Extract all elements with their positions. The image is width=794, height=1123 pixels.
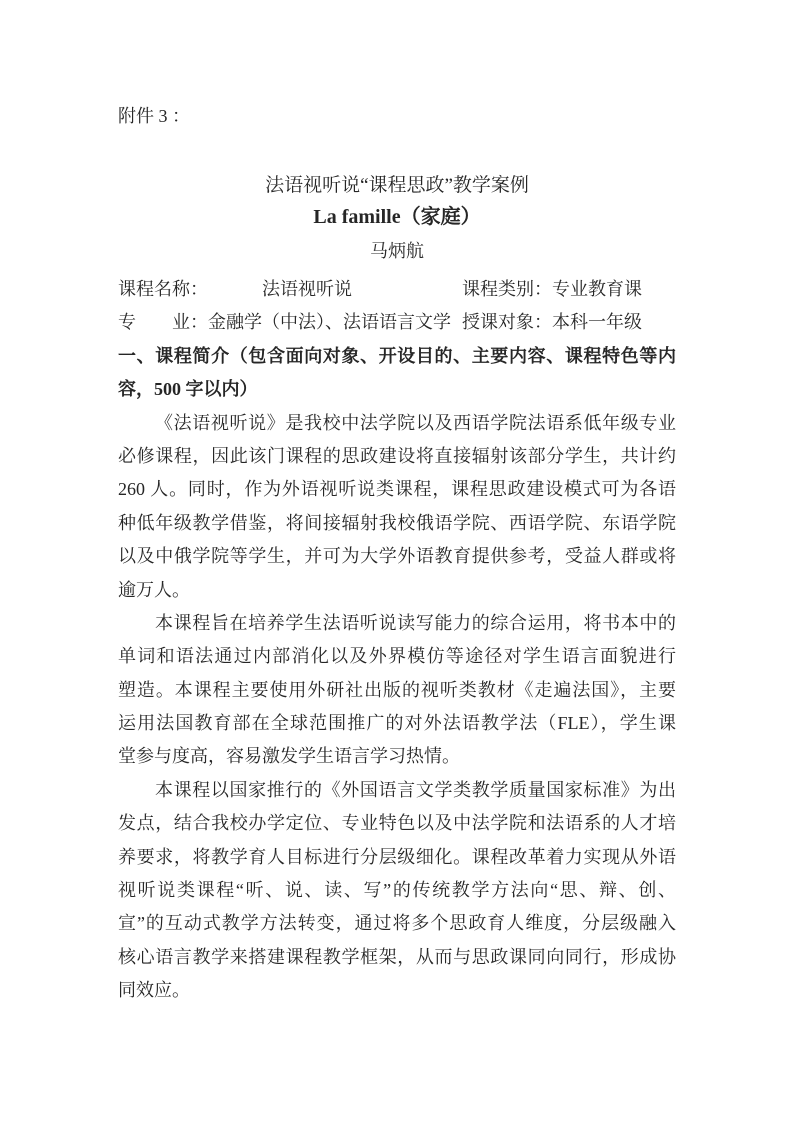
audience-value: 本科一年级 — [552, 312, 642, 332]
paragraph-line: 260 人。同时，作为外语视听说类课程，课程思政建设模式可为各语 — [118, 473, 676, 506]
author-name: 马炳航 — [118, 236, 676, 267]
major-value: 金融学（中法）、法语语言文学 — [208, 312, 451, 332]
section-heading: 一、课程简介（包含面向对象、开设目的、主要内容、课程特色等内容，500 字以内） — [118, 340, 676, 407]
doc-title: 法语视听说“课程思政”教学案例 — [118, 170, 676, 201]
audience: 授课对象：本科一年级 — [462, 306, 642, 339]
paragraph-line: 逾万人。 — [118, 574, 676, 607]
paragraph: 《法语视听说》是我校中法学院以及西语学院法语系低年级专业必修课程，因此该门课程的… — [118, 407, 676, 607]
paragraph-line: 核心语言教学来搭建课程教学框架，从而与思政课同向同行，形成协 — [118, 941, 676, 974]
paragraph-line: 养要求，将教学育人目标进行分层级细化。课程改革着力实现从外语 — [118, 841, 676, 874]
paragraph-line: 运用法国教育部在全球范围推广的对外法语教学法（FLE），学生课 — [118, 707, 676, 740]
paragraph-line: 发点，结合我校办学定位、专业特色以及中法学院和法语系的人才培 — [118, 807, 676, 840]
paragraph-line: 本课程以国家推行的《外国语言文学类教学质量国家标准》为出 — [118, 774, 676, 807]
paragraph-line: 以及中俄学院等学生，并可为大学外语教育提供参考，受益人群或将 — [118, 540, 676, 573]
attachment-label: 附件 3 ： — [118, 103, 676, 129]
course-type-value: 专业教育课 — [552, 279, 642, 299]
document-page: 附件 3 ： 法语视听说“课程思政”教学案例 La famille（家庭） 马炳… — [0, 0, 794, 1123]
course-info: 课程名称： 法语视听说 课程类别：专业教育课 专 业：金融学（中法）、法语语言文… — [118, 273, 676, 340]
major-row: 专 业：金融学（中法）、法语语言文学 授课对象：本科一年级 — [118, 306, 676, 339]
paragraph-line: 单词和语法通过内部消化以及外界模仿等途径对学生语言面貌进行 — [118, 640, 676, 673]
doc-subtitle: La famille（家庭） — [118, 202, 676, 233]
section-heading-line: 容，500 字以内） — [118, 373, 676, 406]
paragraph-line: 堂参与度高，容易激发学生语言学习热情。 — [118, 740, 676, 773]
paragraph-line: 同效应。 — [118, 974, 676, 1007]
course-name-row: 课程名称： 法语视听说 课程类别：专业教育课 — [118, 273, 676, 306]
major-label-first: 专 — [118, 306, 136, 339]
paragraph-line: 种低年级教学借鉴，将间接辐射我校俄语学院、西语学院、东语学院 — [118, 507, 676, 540]
major-label-and-value: 业：金融学（中法）、法语语言文学 — [172, 306, 451, 339]
section-body: 《法语视听说》是我校中法学院以及西语学院法语系低年级专业必修课程，因此该门课程的… — [118, 407, 676, 1008]
audience-label: 授课对象： — [462, 312, 552, 332]
paragraph-line: 宣”的互动式教学方法转变，通过将多个思政育人维度，分层级融入 — [118, 907, 676, 940]
course-type-label: 课程类别： — [462, 279, 552, 299]
course-name-value: 法语视听说 — [262, 273, 352, 306]
paragraph: 本课程以国家推行的《外国语言文学类教学质量国家标准》为出发点，结合我校办学定位、… — [118, 774, 676, 1008]
paragraph-line: 《法语视听说》是我校中法学院以及西语学院法语系低年级专业 — [118, 407, 676, 440]
course-type: 课程类别：专业教育课 — [462, 273, 642, 306]
paragraph: 本课程旨在培养学生法语听说读写能力的综合运用，将书本中的单词和语法通过内部消化以… — [118, 607, 676, 774]
major-label-rest: 业： — [172, 312, 208, 332]
paragraph-line: 视听说类课程“听、说、读、写”的传统教学方法向“思、辩、创、 — [118, 874, 676, 907]
course-name-label: 课程名称： — [118, 273, 208, 306]
section-heading-line: 一、课程简介（包含面向对象、开设目的、主要内容、课程特色等内 — [118, 340, 676, 373]
paragraph-line: 本课程旨在培养学生法语听说读写能力的综合运用，将书本中的 — [118, 607, 676, 640]
paragraph-line: 塑造。本课程主要使用外研社出版的视听类教材《走遍法国》，主要 — [118, 674, 676, 707]
paragraph-line: 必修课程，因此该门课程的思政建设将直接辐射该部分学生，共计约 — [118, 440, 676, 473]
